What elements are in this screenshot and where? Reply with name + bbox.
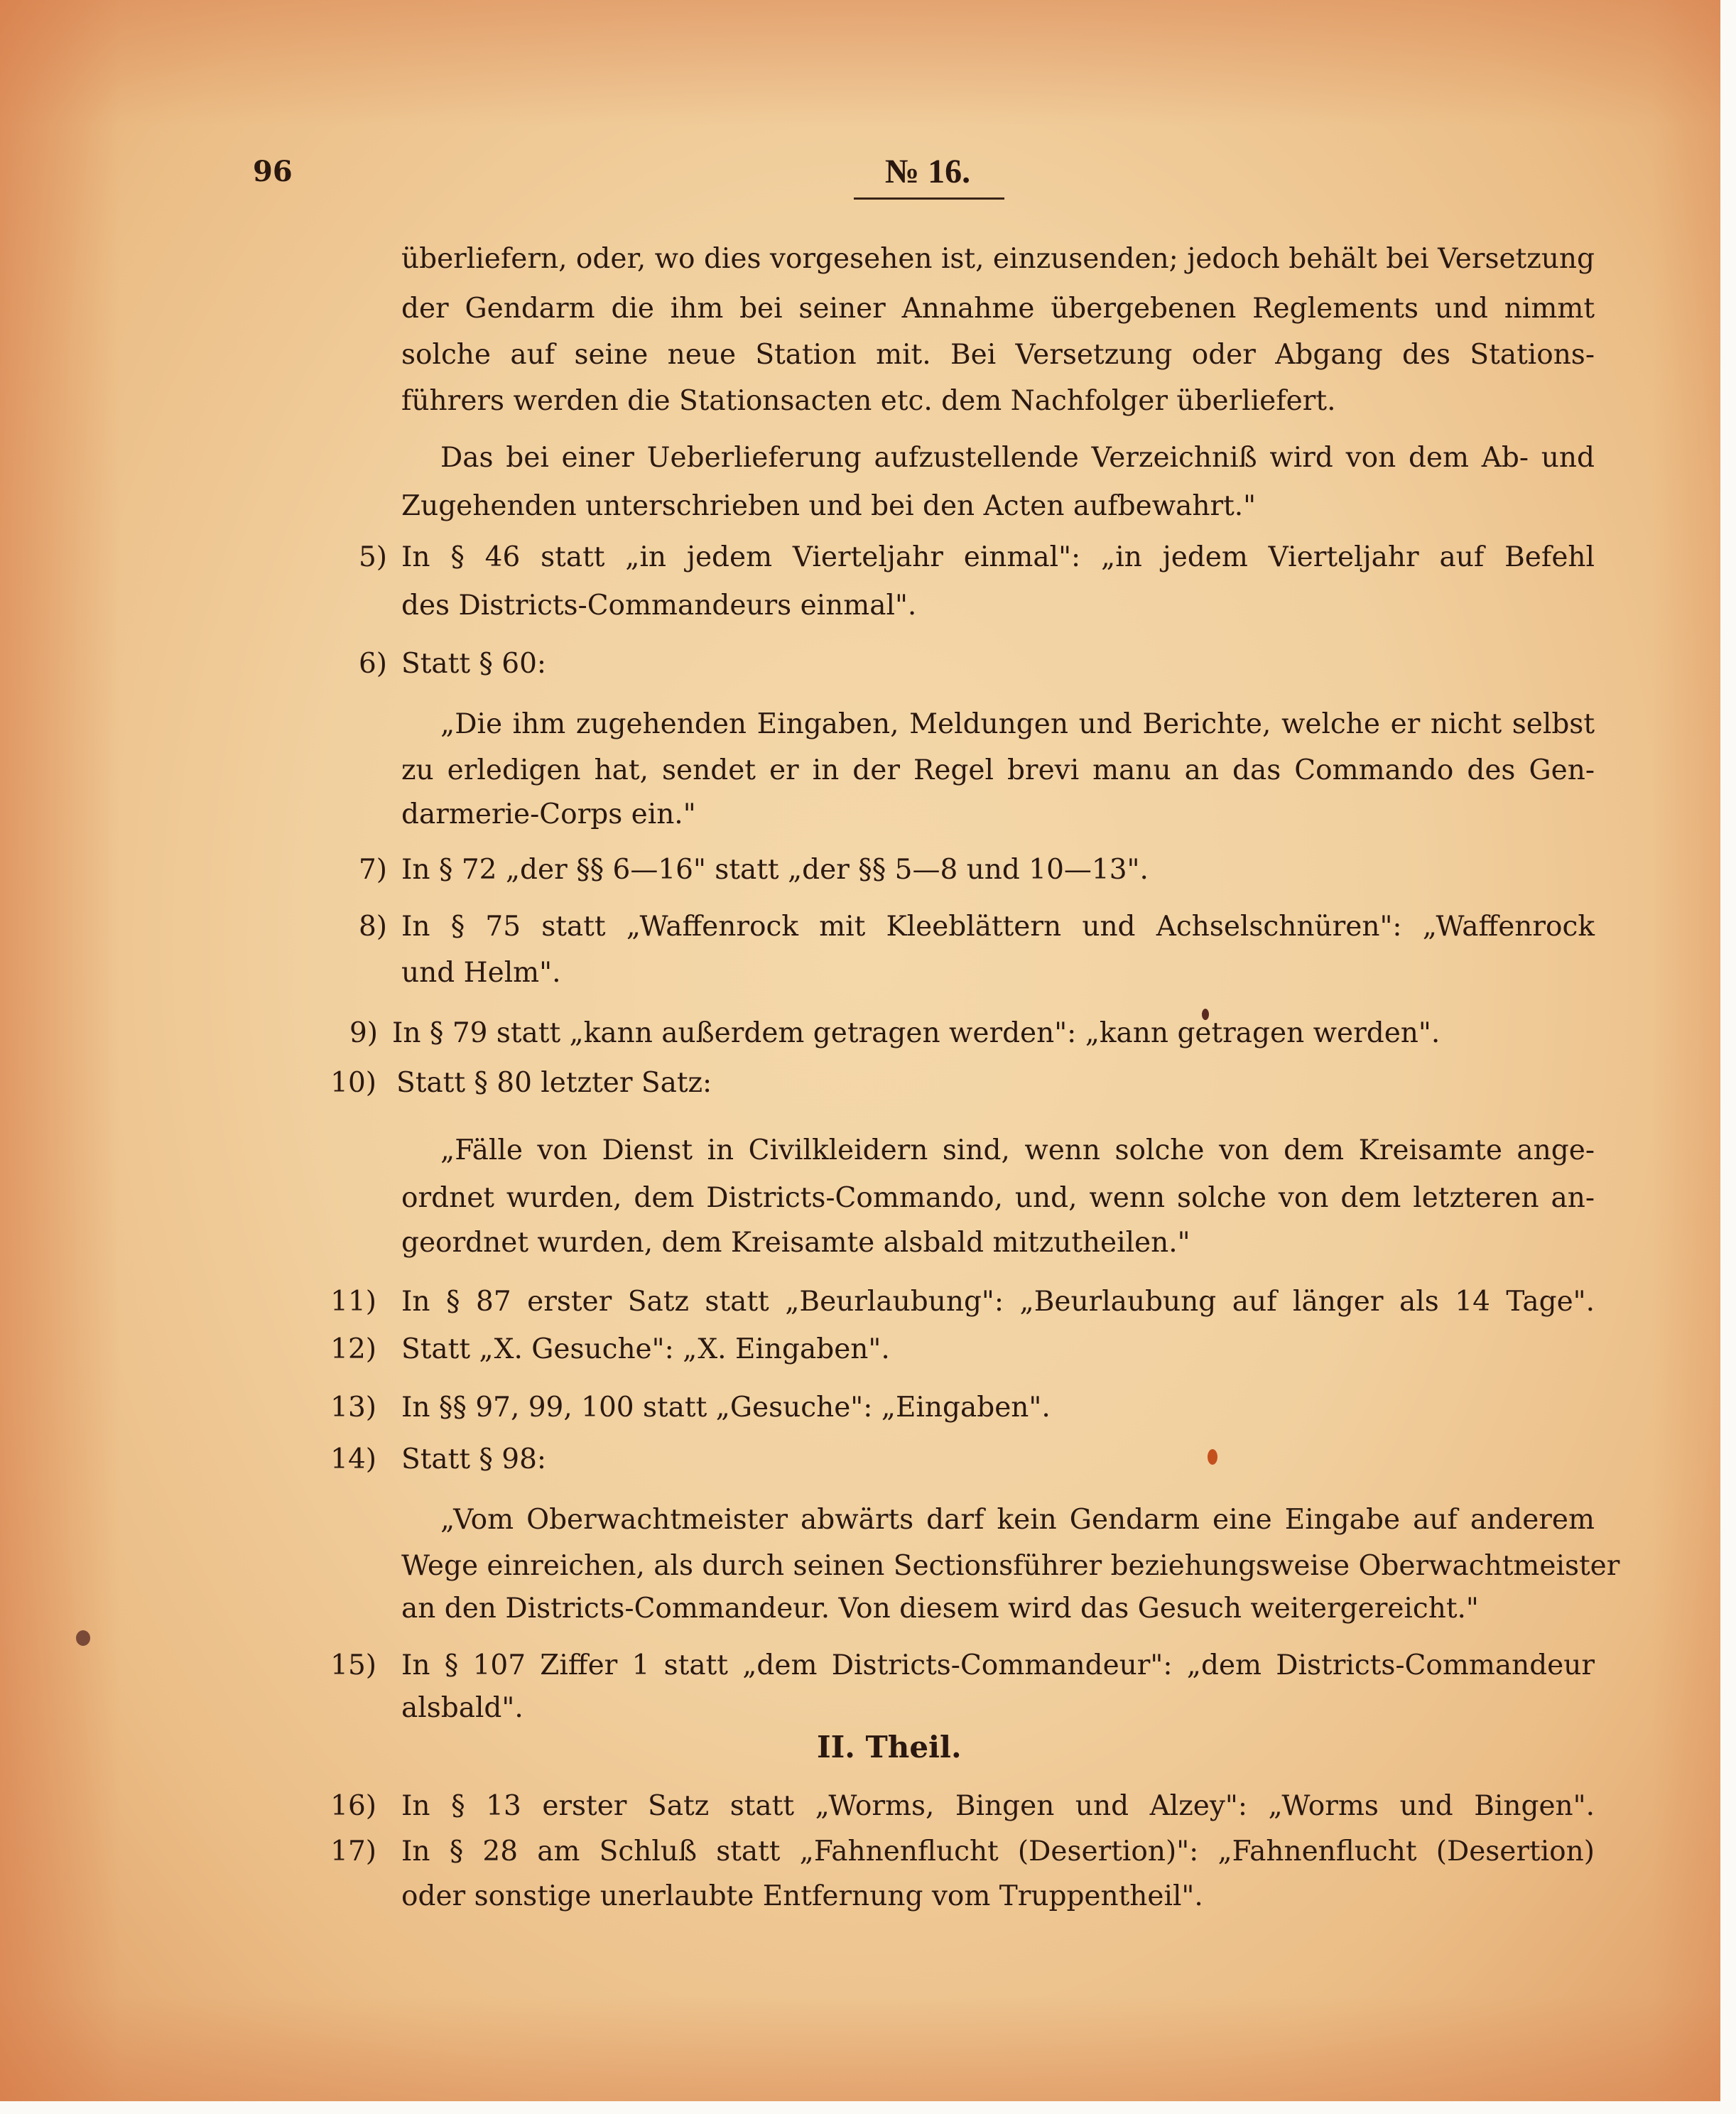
quote-line: darmerie-Corps ein." — [401, 793, 696, 836]
ink-spot — [1202, 1009, 1209, 1020]
text-line: der Gendarm die ihm bei seiner Annahme ü… — [401, 288, 1595, 330]
text-line: In § 79 statt „kann außerdem getragen we… — [392, 1012, 1440, 1055]
quote-line: Wege einreichen, als durch seinen Sectio… — [401, 1545, 1595, 1588]
page-number: 96 — [253, 155, 293, 188]
item-number: 6) — [316, 643, 387, 685]
text-line: In § 107 Ziffer 1 statt „dem Districts-C… — [401, 1644, 1595, 1687]
text-line: In § 87 erster Satz statt „Beurlaubung":… — [401, 1281, 1595, 1323]
item-number: 14) — [305, 1438, 376, 1481]
item-number: 10) — [305, 1062, 376, 1105]
text-line: Statt § 60: — [401, 643, 546, 685]
ink-spot — [1208, 1449, 1217, 1465]
issue-number: № 16. — [850, 152, 1006, 191]
text-line: In § 72 „der §§ 6—16" statt „der §§ 5—8 … — [401, 849, 1149, 891]
text-line: In §§ 97, 99, 100 statt „Gesuche": „Eing… — [401, 1387, 1051, 1429]
item-number: 16) — [305, 1785, 376, 1828]
item-number: 17) — [305, 1831, 376, 1873]
text-line: solche auf seine neue Station mit. Bei V… — [401, 334, 1595, 376]
item-number: 13) — [305, 1387, 376, 1429]
quote-line: „Vom Oberwachtmeister abwärts darf kein … — [440, 1499, 1595, 1541]
text-line: In § 46 statt „in jedem Vierteljahr einm… — [401, 536, 1595, 579]
text-line: In § 28 am Schluß statt „Fahnenflucht (D… — [401, 1831, 1595, 1873]
item-number: 5) — [316, 536, 387, 579]
scanned-page: 96 № 16. überliefern, oder, wo dies vorg… — [0, 0, 1720, 2101]
quote-line: ordnet wurden, dem Districts-Commando, u… — [401, 1177, 1595, 1220]
quote-line: zu erledigen hat, sendet er in der Regel… — [401, 749, 1595, 792]
text-line: Das bei einer Ueberlieferung aufzustelle… — [440, 437, 1595, 479]
text-line: alsbald". — [401, 1687, 523, 1730]
item-number: 12) — [305, 1328, 376, 1371]
header-rule — [854, 197, 1004, 200]
quote-line: „Fälle von Dienst in Civilkleidern sind,… — [440, 1129, 1595, 1172]
text-line: und Helm". — [401, 952, 560, 994]
text-line: Statt § 80 letzter Satz: — [396, 1062, 712, 1105]
text-line: oder sonstige unerlaubte Entfernung vom … — [401, 1875, 1203, 1918]
section-heading: II. Theil. — [817, 1726, 962, 1769]
text-line: In § 75 statt „Waffenrock mit Kleeblätte… — [401, 906, 1595, 948]
text-line: In § 13 erster Satz statt „Worms, Bingen… — [401, 1785, 1595, 1828]
item-number: 15) — [305, 1644, 376, 1687]
item-number: 11) — [305, 1281, 376, 1323]
text-line: führers werden die Stationsacten etc. de… — [401, 380, 1335, 423]
text-line: des Districts-Commandeurs einmal". — [401, 585, 916, 627]
ink-spot — [76, 1630, 90, 1646]
item-number: 7) — [316, 849, 387, 891]
text-line: überliefern, oder, wo dies vorgesehen is… — [401, 238, 1595, 281]
item-number: 8) — [316, 906, 387, 948]
item-number: 9) — [307, 1012, 378, 1055]
quote-line: „Die ihm zugehenden Eingaben, Meldungen … — [440, 703, 1595, 746]
quote-line: an den Districts-Commandeur. Von diesem … — [401, 1588, 1479, 1630]
quote-line: geordnet wurden, dem Kreisamte alsbald m… — [401, 1222, 1190, 1264]
text-line: Zugehenden unterschrieben und bei den Ac… — [401, 485, 1256, 528]
text-line: Statt § 98: — [401, 1438, 546, 1481]
text-line: Statt „X. Gesuche": „X. Eingaben". — [401, 1328, 890, 1371]
